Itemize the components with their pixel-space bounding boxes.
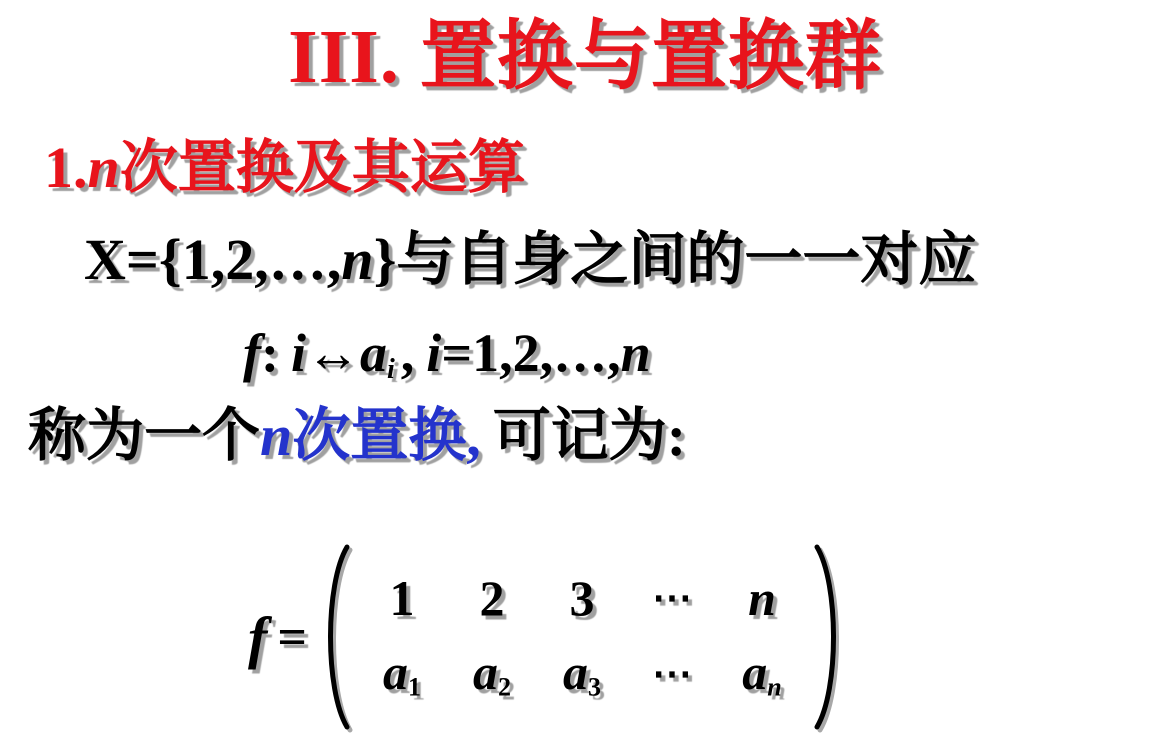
matrix-a3-sub: 3 [588, 673, 601, 702]
matrix-a2-base: a [473, 644, 498, 700]
mapping-var-i: i [291, 323, 306, 383]
matrix-equation: f = 1 2 3 ⋯ n a1 a2 a3 ⋯ an [248, 542, 847, 732]
mapping-a-subscript: i [387, 354, 395, 385]
matrix-a1-sub: 1 [408, 673, 421, 702]
left-parenthesis [317, 542, 353, 732]
matrix-cell-r2-dots: ⋯ [652, 654, 692, 694]
called-highlight-text: 次置换, [292, 403, 481, 468]
right-parenthesis [811, 542, 847, 732]
double-arrow-symbol: ↔ [306, 323, 360, 383]
mapping-var-n: n [621, 323, 651, 383]
mapping-comma: , [401, 323, 415, 383]
mapping-tail: =1,2,…, [441, 323, 620, 383]
definition-prefix: X={1,2,…, [84, 227, 341, 292]
mapping-formula: f:i↔ai,i=1,2,…,n [243, 324, 651, 386]
matrix-cell-r2c1: a1 [383, 647, 421, 701]
matrix-cell-r1c3: 3 [569, 573, 594, 623]
section-var-n: n [88, 135, 120, 200]
section-number: 1. [44, 135, 88, 200]
called-after: 可记为: [493, 403, 686, 468]
mapping-f: f [243, 323, 261, 383]
equals-sign: = [277, 608, 307, 667]
section-heading: 1.n次置换及其运算 [44, 136, 526, 200]
matrix-cell-r2c5: an [742, 647, 781, 701]
matrix-an-base: a [742, 644, 767, 700]
matrix-cell-r1c2: 2 [479, 573, 504, 623]
called-line: 称为一个n次置换,可记为: [28, 404, 686, 468]
slide: III. 置换与置换群 1.n次置换及其运算 X={1,2,…,n}与自身之间的… [0, 0, 1170, 748]
matrix-grid: 1 2 3 ⋯ n a1 a2 a3 ⋯ an [357, 573, 807, 701]
section-text: 次置换及其运算 [120, 135, 526, 200]
mapping-colon: : [261, 323, 279, 383]
mapping-a: a [360, 323, 387, 383]
matrix-cell-r1c1: 1 [389, 573, 414, 623]
slide-title: III. 置换与置换群 [0, 16, 1170, 100]
matrix-a2-sub: 2 [498, 673, 511, 702]
matrix-a1-base: a [383, 644, 408, 700]
matrix-lhs-f: f [248, 604, 267, 671]
mapping-var-i2: i [426, 323, 441, 383]
matrix-cell-r1c5: n [748, 573, 776, 623]
called-before: 称为一个 [28, 403, 260, 468]
called-highlight-n: n [260, 403, 292, 468]
definition-line: X={1,2,…,n}与自身之间的一一对应 [84, 228, 976, 292]
matrix-an-sub: n [767, 673, 781, 702]
definition-suffix: }与自身之间的一一对应 [374, 227, 977, 292]
matrix-cell-r1-dots: ⋯ [652, 578, 692, 618]
matrix-cell-r2c3: a3 [563, 647, 601, 701]
matrix-cell-r2c2: a2 [473, 647, 511, 701]
matrix-a3-base: a [563, 644, 588, 700]
definition-var-n: n [341, 227, 373, 292]
